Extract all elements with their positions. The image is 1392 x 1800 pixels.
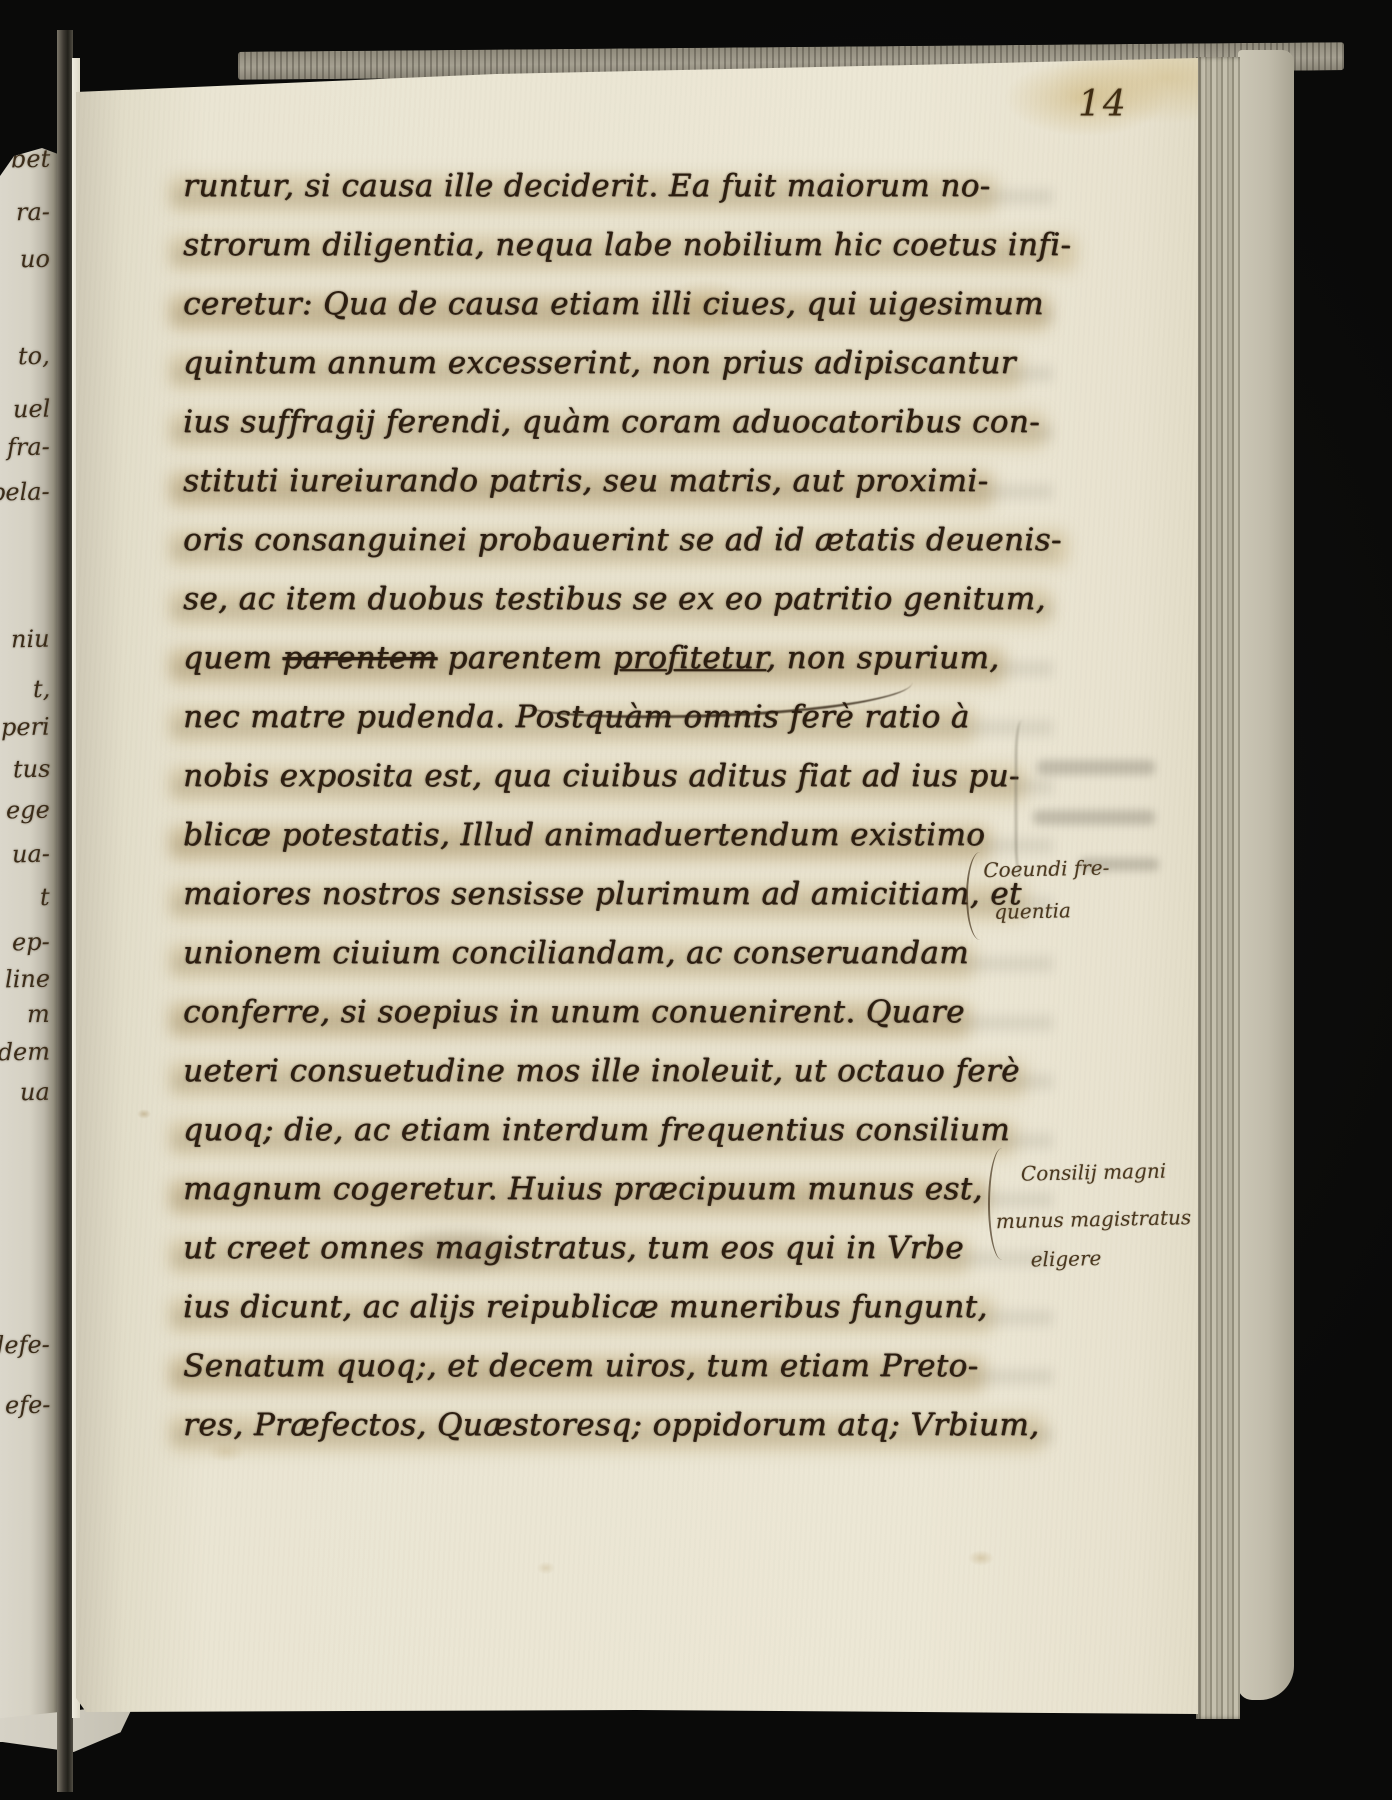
manuscript-line: ueteri consuetudine mos ille inoleuit, u… — [183, 1053, 1020, 1097]
margin-note-line: Consilij magni — [1021, 1159, 1167, 1186]
manuscript-text: ceretur: Qua de causa etiam illi ciues, … — [183, 286, 1044, 322]
margin-note-coeundi: Coeundi fre-quentia — [983, 854, 1185, 948]
manuscript-line: ius suffragij ferendi, quàm coram aduoca… — [183, 404, 1040, 448]
facing-page-fragment: line — [5, 965, 50, 994]
manuscript-text: stituti iureiurando patris, seu matris, … — [183, 463, 988, 499]
margin-note-line: Coeundi fre- — [983, 855, 1110, 882]
manuscript-photo: betra-uoto,uelfra-pela-niut,peritusegeua… — [0, 0, 1392, 1800]
page-block-fore-edge — [1196, 57, 1240, 1719]
margin-note-line: quentia — [994, 898, 1071, 924]
manuscript-text: strorum diligentia, nequa labe nobilium … — [183, 227, 1071, 263]
book-cover-edge — [1238, 50, 1294, 1700]
manuscript-line: quem parentem parentem profitetur, non s… — [183, 640, 999, 684]
facing-page-fragment: ra- — [16, 198, 50, 227]
manuscript-text: se, ac item duobus testibus se ex eo pat… — [183, 581, 1046, 617]
margin-note-consilii: Consilij magnimunus magistratuseligere — [995, 1158, 1208, 1292]
facing-page-fragment: t, — [32, 675, 50, 703]
facing-page-fragment: to, — [18, 342, 50, 371]
facing-page-fragment: niu — [11, 625, 50, 654]
manuscript-text: unionem ciuium conciliandam, ac conserua… — [183, 935, 969, 971]
facing-page-fragment: ep- — [12, 928, 50, 957]
facing-page-fragment: fra- — [7, 433, 50, 462]
manuscript-line: runtur, si causa ille deciderit. Ea fuit… — [183, 168, 991, 212]
facing-page-fragment: tus — [12, 755, 50, 784]
manuscript-text: conferre, si soepius in unum conuenirent… — [183, 994, 965, 1030]
facing-page-fragment: m — [27, 1000, 50, 1028]
manuscript-text: parentem — [437, 640, 612, 676]
manuscript-line: unionem ciuium conciliandam, ac conserua… — [183, 935, 969, 979]
manuscript-word-strike: parentem — [282, 640, 437, 676]
manuscript-text: nec matre pudenda. Postquàm omnis ferè r… — [183, 699, 970, 735]
facing-page-fragment: bet — [11, 145, 51, 174]
manuscript-line: ius dicunt, ac alijs reipublicæ muneribu… — [183, 1289, 988, 1333]
manuscript-line: oris consanguinei probauerint se ad id æ… — [183, 522, 1062, 566]
facing-page-fragment: peri — [1, 713, 50, 742]
manuscript-text: blicæ potestatis, Illud animaduertendum … — [183, 817, 985, 853]
facing-page-fragment: ege — [6, 796, 50, 825]
facing-page-fragment: ua- — [12, 840, 50, 869]
manuscript-text: maiores nostros sensisse plurimum ad ami… — [183, 876, 1022, 912]
manuscript-text: magnum cogeretur. Huius præcipuum munus … — [183, 1171, 983, 1207]
manuscript-line: nobis exposita est, qua ciuibus aditus f… — [183, 758, 1020, 802]
manuscript-text: ut creet omnes magistratus, tum eos qui … — [183, 1230, 964, 1266]
manuscript-line: ceretur: Qua de causa etiam illi ciues, … — [183, 286, 1044, 330]
facing-page-fragment: pela- — [0, 477, 50, 506]
manuscript-text: oris consanguinei probauerint se ad id æ… — [183, 522, 1062, 558]
manuscript-line: blicæ potestatis, Illud animaduertendum … — [183, 817, 985, 861]
manuscript-text: ueteri consuetudine mos ille inoleuit, u… — [183, 1053, 1020, 1089]
manuscript-line: maiores nostros sensisse plurimum ad ami… — [183, 876, 1022, 920]
manuscript-text: Senatum quoq;, et decem uiros, tum etiam… — [183, 1348, 979, 1384]
manuscript-line: quoq; die, ac etiam interdum frequentius… — [183, 1112, 1010, 1156]
facing-page-fragment: uo — [20, 245, 50, 274]
book-gutter — [57, 30, 73, 1792]
manuscript-line: strorum diligentia, nequa labe nobilium … — [183, 227, 1071, 271]
manuscript-text: res, Præfectos, Quæstoresq; oppidorum at… — [183, 1407, 1039, 1443]
text-block: runtur, si causa ille deciderit. Ea fuit… — [183, 56, 1083, 1718]
manuscript-line: res, Præfectos, Quæstoresq; oppidorum at… — [183, 1407, 1039, 1451]
manuscript-line: conferre, si soepius in unum conuenirent… — [183, 994, 965, 1038]
folio-number: 14 — [1078, 84, 1128, 125]
facing-page-fragment: defe- — [0, 1330, 50, 1359]
manuscript-line: nec matre pudenda. Postquàm omnis ferè r… — [183, 699, 970, 743]
facing-page-fragment: ua — [20, 1078, 50, 1107]
facing-page-sliver: betra-uoto,uelfra-pela-niut,peritusegeua… — [0, 148, 58, 1742]
manuscript-word-underline: profitetur — [613, 640, 766, 676]
manuscript-line: se, ac item duobus testibus se ex eo pat… — [183, 581, 1046, 625]
manuscript-line: Senatum quoq;, et decem uiros, tum etiam… — [183, 1348, 979, 1392]
manuscript-page: 14 runtur, si causa ille deciderit. Ea f… — [76, 56, 1198, 1718]
manuscript-text: ius dicunt, ac alijs reipublicæ muneribu… — [183, 1289, 988, 1325]
manuscript-line: stituti iureiurando patris, seu matris, … — [183, 463, 988, 507]
manuscript-line: ut creet omnes magistratus, tum eos qui … — [183, 1230, 964, 1274]
facing-page-fragment: idem — [0, 1037, 50, 1066]
facing-page-fragment: t — [40, 883, 50, 911]
manuscript-line: quintum annum excesserint, non prius adi… — [183, 345, 1016, 389]
manuscript-text: , non spurium, — [766, 640, 999, 676]
manuscript-text: nobis exposita est, qua ciuibus aditus f… — [183, 758, 1020, 794]
margin-note-line: munus magistratus — [996, 1205, 1192, 1233]
facing-page-fragment: efe- — [4, 1391, 50, 1420]
manuscript-text: runtur, si causa ille deciderit. Ea fuit… — [183, 168, 991, 204]
facing-page-fragment: uel — [12, 395, 50, 424]
margin-note-line: eligere — [1030, 1246, 1101, 1271]
manuscript-text: quem — [183, 640, 282, 676]
manuscript-text: quoq; die, ac etiam interdum frequentius… — [183, 1112, 1010, 1148]
manuscript-line: magnum cogeretur. Huius præcipuum munus … — [183, 1171, 983, 1215]
manuscript-text: quintum annum excesserint, non prius adi… — [183, 345, 1016, 381]
manuscript-text: ius suffragij ferendi, quàm coram aduoca… — [183, 404, 1040, 440]
